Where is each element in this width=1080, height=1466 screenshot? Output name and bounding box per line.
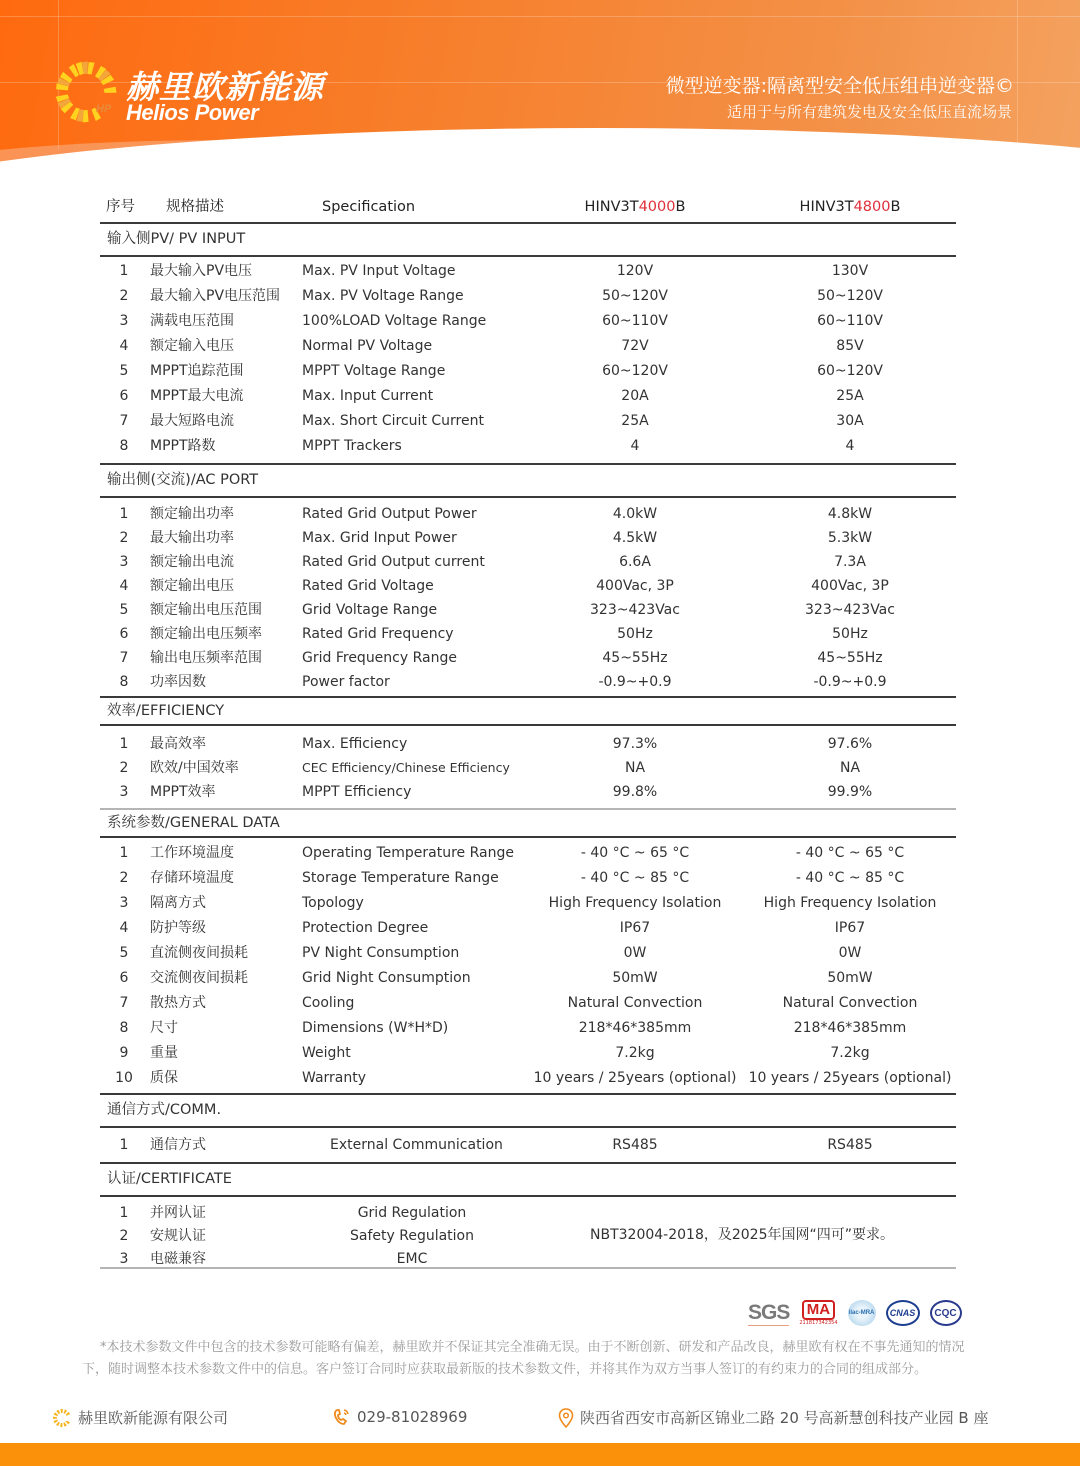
footer-address: 陕西省西安市高新区锦业二路 20 号高新慧创科技产业园 B 座 — [558, 1407, 988, 1428]
row-value-model-1: 50Hz — [525, 622, 745, 646]
row-desc-cn: 欧效/中国效率 — [150, 756, 239, 780]
row-value-model-2: 60~120V — [740, 359, 960, 384]
row-spec-en: Weight — [302, 1041, 351, 1066]
table-row: 3MPPT效率MPPT Efficiency99.8%99.9% — [100, 780, 956, 804]
row-spec-en: Cooling — [302, 991, 354, 1016]
row-spec-en: Max. PV Voltage Range — [302, 284, 464, 309]
column-header-model-2: HINV3T4800B — [740, 193, 960, 222]
row-value-model-2: 25A — [740, 384, 960, 409]
row-value-model-1: 60~120V — [525, 359, 745, 384]
document-title: 微型逆变器:隔离型安全低压组串逆变器© — [666, 71, 1014, 98]
table-row: 2最大输出功率Max. Grid Input Power4.5kW5.3kW — [100, 526, 956, 550]
row-spec-en: MPPT Trackers — [302, 434, 402, 459]
row-value-model-1: 4.5kW — [525, 526, 745, 550]
row-value-model-1: 50~120V — [525, 284, 745, 309]
footer-bar — [0, 1443, 1080, 1466]
cma-logo-icon: MA 211817342354 — [799, 1300, 837, 1326]
row-desc-cn: 额定输出电流 — [150, 550, 234, 574]
row-spec-en: Grid Voltage Range — [302, 598, 437, 622]
column-header-spec-en: Specification — [322, 193, 415, 222]
company-name: 赫里欧新能源有限公司 — [78, 1407, 228, 1428]
table-row: 5直流侧夜间损耗PV Night Consumption0W0W — [100, 941, 956, 966]
row-value-model-2: 5.3kW — [740, 526, 960, 550]
section-body-pv-input: 1最大输入PV电压Max. PV Input Voltage120V130V 2… — [100, 257, 956, 463]
company-logo-icon — [52, 1408, 72, 1428]
row-no: 1 — [100, 259, 148, 284]
column-header-desc-cn: 规格描述 — [166, 193, 224, 222]
row-value-model-2: 4 — [740, 434, 960, 459]
table-row: 8尺寸Dimensions (W*H*D)218*46*385mm218*46*… — [100, 1016, 956, 1041]
table-row: 3额定输出电流Rated Grid Output current6.6A7.3A — [100, 550, 956, 574]
table-row: 1额定输出功率Rated Grid Output Power4.0kW4.8kW — [100, 502, 956, 526]
table-row: 3满载电压范围100%LOAD Voltage Range60~110V60~1… — [100, 309, 956, 334]
row-no: 5 — [100, 941, 148, 966]
row-desc-cn: 尺寸 — [150, 1016, 178, 1041]
row-spec-en: MPPT Efficiency — [302, 780, 411, 804]
table-header-row: 序号 规格描述 Specification HINV3T4000B HINV3T… — [100, 193, 956, 222]
table-row: 1通信方式External CommunicationRS485RS485 — [100, 1133, 956, 1158]
row-spec-en: Topology — [302, 891, 364, 916]
row-spec-en: Max. Efficiency — [302, 732, 407, 756]
table-row: 4额定输出电压Rated Grid Voltage400Vac, 3P400Va… — [100, 574, 956, 598]
row-no: 1 — [100, 1133, 148, 1158]
row-no: 8 — [100, 670, 148, 694]
table-row: 4防护等级Protection DegreeIP67IP67 — [100, 916, 956, 941]
row-no: 4 — [100, 334, 148, 359]
row-value-model-1: 4.0kW — [525, 502, 745, 526]
row-spec-en: Rated Grid Output Power — [302, 502, 477, 526]
banner-grid-line — [1017, 0, 1018, 150]
row-no: 8 — [100, 434, 148, 459]
row-no: 4 — [100, 916, 148, 941]
table-row: 4额定输入电压Normal PV Voltage72V85V — [100, 334, 956, 359]
row-no: 2 — [100, 284, 148, 309]
row-desc-cn: MPPT最大电流 — [150, 384, 244, 409]
row-desc-cn: 工作环境温度 — [150, 841, 234, 866]
row-value-model-1: - 40 °C ~ 65 °C — [525, 841, 745, 866]
table-row: 6交流侧夜间损耗Grid Night Consumption50mW50mW — [100, 966, 956, 991]
row-value-model-1: 400Vac, 3P — [525, 574, 745, 598]
cnas-logo-icon: CNAS — [886, 1300, 920, 1326]
row-desc-cn: 额定输出电压频率 — [150, 622, 262, 646]
row-value-model-2: 50mW — [740, 966, 960, 991]
section-body-ac-port: 1额定输出功率Rated Grid Output Power4.0kW4.8kW… — [100, 498, 956, 696]
footer: 赫里欧新能源有限公司 029-81028969 陕西省西安市高新区锦业二路 20… — [0, 1404, 1080, 1432]
table-row: 2最大输入PV电压范围Max. PV Voltage Range50~120V5… — [100, 284, 956, 309]
table-row: 8MPPT路数MPPT Trackers44 — [100, 434, 956, 459]
row-spec-en: Max. Input Current — [302, 384, 433, 409]
row-desc-cn: 电磁兼容 — [150, 1248, 206, 1271]
row-spec-en: Grid Night Consumption — [302, 966, 471, 991]
row-desc-cn: 防护等级 — [150, 916, 206, 941]
row-value-model-1: 20A — [525, 384, 745, 409]
row-value-model-1: Natural Convection — [525, 991, 745, 1016]
sgs-logo-icon: SGS — [748, 1301, 789, 1326]
row-spec-en: Rated Grid Voltage — [302, 574, 434, 598]
row-value-model-1: 4 — [525, 434, 745, 459]
row-desc-cn: 最大输入PV电压 — [150, 259, 252, 284]
row-value-model-2: Natural Convection — [740, 991, 960, 1016]
row-desc-cn: MPPT效率 — [150, 780, 216, 804]
row-desc-cn: 额定输出电压 — [150, 574, 234, 598]
row-value-model-2: - 40 °C ~ 65 °C — [740, 841, 960, 866]
row-spec-en: Max. Short Circuit Current — [302, 409, 484, 434]
table-row: 2存储环境温度Storage Temperature Range- 40 °C … — [100, 866, 956, 891]
row-value-model-2: 10 years / 25years (optional) — [740, 1066, 960, 1091]
row-value-model-2: -0.9~+0.9 — [740, 670, 960, 694]
row-spec-en: MPPT Voltage Range — [302, 359, 445, 384]
row-no: 8 — [100, 1016, 148, 1041]
row-value-model-1: 323~423Vac — [525, 598, 745, 622]
row-desc-cn: 并网认证 — [150, 1202, 206, 1225]
helios-sun-logo-icon: HP — [52, 58, 120, 126]
row-value-model-2: RS485 — [740, 1133, 960, 1158]
svg-text:HP: HP — [96, 103, 112, 115]
header-banner: HP 赫里欧新能源 Helios Power 微型逆变器:隔离型安全低压组串逆变… — [0, 0, 1080, 190]
row-value-model-1: NA — [525, 756, 745, 780]
row-no: 6 — [100, 384, 148, 409]
row-no: 1 — [100, 732, 148, 756]
row-no: 2 — [100, 866, 148, 891]
row-value-model-1: 7.2kg — [525, 1041, 745, 1066]
row-spec-en: Grid Regulation — [312, 1202, 512, 1225]
row-spec-en: Rated Grid Output current — [302, 550, 485, 574]
row-no: 3 — [100, 891, 148, 916]
row-value-model-1: 50mW — [525, 966, 745, 991]
address-text: 陕西省西安市高新区锦业二路 20 号高新慧创科技产业园 B 座 — [580, 1407, 988, 1428]
row-value-model-2: 7.3A — [740, 550, 960, 574]
banner-wave — [0, 128, 1080, 190]
cma-number: 211817342354 — [799, 1320, 837, 1326]
row-desc-cn: 额定输出电压范围 — [150, 598, 262, 622]
row-desc-cn: 功率因数 — [150, 670, 206, 694]
row-no: 6 — [100, 966, 148, 991]
row-value-model-2: 97.6% — [740, 732, 960, 756]
table-row: 6MPPT最大电流Max. Input Current20A25A — [100, 384, 956, 409]
table-row: 1最大输入PV电压Max. PV Input Voltage120V130V — [100, 259, 956, 284]
row-desc-cn: 质保 — [150, 1066, 178, 1091]
row-value-model-1: 120V — [525, 259, 745, 284]
column-header-model-1: HINV3T4000B — [525, 193, 745, 222]
row-value-model-2: IP67 — [740, 916, 960, 941]
row-no: 7 — [100, 991, 148, 1016]
row-no: 2 — [100, 526, 148, 550]
row-value-model-2: 218*46*385mm — [740, 1016, 960, 1041]
row-value-model-2: - 40 °C ~ 85 °C — [740, 866, 960, 891]
section-body-general-data: 1工作环境温度Operating Temperature Range- 40 °… — [100, 838, 956, 1093]
row-no: 6 — [100, 622, 148, 646]
row-value-model-2: 0W — [740, 941, 960, 966]
table-row: 3电磁兼容EMC — [100, 1248, 956, 1271]
row-no: 7 — [100, 409, 148, 434]
row-value-model-1: 10 years / 25years (optional) — [525, 1066, 745, 1091]
row-value-model-1: 6.6A — [525, 550, 745, 574]
row-desc-cn: 存储环境温度 — [150, 866, 234, 891]
row-value-model-1: 218*46*385mm — [525, 1016, 745, 1041]
column-header-no: 序号 — [106, 193, 135, 222]
row-spec-en: Storage Temperature Range — [302, 866, 499, 891]
row-spec-en: Max. PV Input Voltage — [302, 259, 456, 284]
row-no: 4 — [100, 574, 148, 598]
row-spec-en: Warranty — [302, 1066, 366, 1091]
spec-table: 序号 规格描述 Specification HINV3T4000B HINV3T… — [100, 193, 956, 1269]
row-no: 3 — [100, 309, 148, 334]
section-title-ac-port: 输出侧(交流)/AC PORT — [100, 465, 956, 496]
row-value-model-2: 4.8kW — [740, 502, 960, 526]
row-no: 10 — [100, 1066, 148, 1091]
row-desc-cn: 输出电压频率范围 — [150, 646, 262, 670]
row-value-model-1: 97.3% — [525, 732, 745, 756]
banner-grid-line — [0, 16, 1080, 17]
footer-phone[interactable]: 029-81028969 — [333, 1407, 467, 1427]
row-no: 3 — [100, 1248, 148, 1271]
row-no: 2 — [100, 756, 148, 780]
row-no: 1 — [100, 502, 148, 526]
table-row: 8功率因数Power factor-0.9~+0.9-0.9~+0.9 — [100, 670, 956, 694]
row-spec-en: EMC — [312, 1248, 512, 1271]
cma-mark: MA — [802, 1300, 835, 1320]
row-value-model-1: 25A — [525, 409, 745, 434]
row-desc-cn: 额定输出功率 — [150, 502, 234, 526]
row-desc-cn: 最大输入PV电压范围 — [150, 284, 280, 309]
cqc-logo-icon: CQC — [930, 1300, 962, 1326]
section-title-efficiency: 效率/EFFICIENCY — [100, 698, 956, 724]
row-spec-en: Protection Degree — [302, 916, 428, 941]
phone-number: 029-81028969 — [357, 1408, 467, 1426]
row-no: 7 — [100, 646, 148, 670]
row-spec-en: PV Night Consumption — [302, 941, 459, 966]
row-no: 1 — [100, 841, 148, 866]
row-value-model-2: 130V — [740, 259, 960, 284]
table-row: 2欧效/中国效率CEC Efficiency/Chinese Efficienc… — [100, 756, 956, 780]
row-desc-cn: 最大输出功率 — [150, 526, 234, 550]
section-title-general-data: 系统参数/GENERAL DATA — [100, 810, 956, 836]
row-value-model-1: IP67 — [525, 916, 745, 941]
section-body-certificate: 1并网认证Grid Regulation 2安规认证Safety Regulat… — [100, 1197, 956, 1267]
row-value-model-1: 45~55Hz — [525, 646, 745, 670]
row-value-model-2: 85V — [740, 334, 960, 359]
table-row: 7散热方式CoolingNatural ConvectionNatural Co… — [100, 991, 956, 1016]
row-spec-en: External Communication — [330, 1133, 503, 1158]
row-value-model-2: NA — [740, 756, 960, 780]
row-value-model-2: 50~120V — [740, 284, 960, 309]
row-desc-cn: 直流侧夜间损耗 — [150, 941, 248, 966]
section-title-pv-input: 输入侧PV/ PV INPUT — [100, 224, 956, 255]
document-subtitle: 适用于与所有建筑发电及安全低压直流场景 — [727, 101, 1012, 122]
row-value-model-2: 323~423Vac — [740, 598, 960, 622]
row-no: 9 — [100, 1041, 148, 1066]
table-row: 9重量Weight7.2kg7.2kg — [100, 1041, 956, 1066]
ilac-mra-logo-icon: ilac-MRA — [848, 1300, 876, 1326]
table-row: 5MPPT追踪范围MPPT Voltage Range60~120V60~120… — [100, 359, 956, 384]
table-row: 5额定输出电压范围Grid Voltage Range323~423Vac323… — [100, 598, 956, 622]
row-desc-cn: MPPT路数 — [150, 434, 216, 459]
section-body-comm: 1通信方式External CommunicationRS485RS485 — [100, 1128, 956, 1162]
row-no: 3 — [100, 550, 148, 574]
location-pin-icon — [558, 1408, 574, 1428]
section-title-comm: 通信方式/COMM. — [100, 1095, 956, 1126]
row-value-model-1: 99.8% — [525, 780, 745, 804]
disclaimer-text: *本技术参数文件中包含的技术参数可能略有偏差，赫里欧并不保证其完全准确无误。由于… — [82, 1337, 982, 1381]
row-spec-en: Operating Temperature Range — [302, 841, 514, 866]
row-value-model-1: -0.9~+0.9 — [525, 670, 745, 694]
row-desc-cn: 最大短路电流 — [150, 409, 234, 434]
row-value-model-2: High Frequency Isolation — [740, 891, 960, 916]
row-spec-en: Power factor — [302, 670, 390, 694]
certification-logos: SGS MA 211817342354 ilac-MRA CNAS CQC — [748, 1296, 962, 1330]
row-no: 5 — [100, 359, 148, 384]
row-value-model-1: - 40 °C ~ 85 °C — [525, 866, 745, 891]
row-desc-cn: 通信方式 — [150, 1133, 206, 1158]
table-row: 1最高效率Max. Efficiency97.3%97.6% — [100, 732, 956, 756]
row-value-model-2: 400Vac, 3P — [740, 574, 960, 598]
row-value-model-2: 99.9% — [740, 780, 960, 804]
row-value-model-2: 60~110V — [740, 309, 960, 334]
row-desc-cn: 隔离方式 — [150, 891, 206, 916]
row-spec-en: Grid Frequency Range — [302, 646, 457, 670]
row-desc-cn: 重量 — [150, 1041, 178, 1066]
row-desc-cn: 交流侧夜间损耗 — [150, 966, 248, 991]
row-desc-cn: 额定输入电压 — [150, 334, 234, 359]
table-row: 7输出电压频率范围Grid Frequency Range45~55Hz45~5… — [100, 646, 956, 670]
table-row: 6额定输出电压频率Rated Grid Frequency50Hz50Hz — [100, 622, 956, 646]
table-row: 1并网认证Grid Regulation — [100, 1202, 956, 1225]
row-desc-cn: 满载电压范围 — [150, 309, 234, 334]
row-value-model-1: RS485 — [525, 1133, 745, 1158]
row-spec-en: CEC Efficiency/Chinese Efficiency — [302, 756, 510, 780]
row-no: 1 — [100, 1202, 148, 1225]
row-desc-cn: 安规认证 — [150, 1225, 206, 1248]
row-value-model-1: 0W — [525, 941, 745, 966]
table-row: 3隔离方式TopologyHigh Frequency IsolationHig… — [100, 891, 956, 916]
brand-name-en: Helios Power — [126, 100, 258, 126]
row-value-model-1: 72V — [525, 334, 745, 359]
row-value-model-2: 30A — [740, 409, 960, 434]
table-row: 10质保Warranty10 years / 25years (optional… — [100, 1066, 956, 1091]
row-value-model-2: 45~55Hz — [740, 646, 960, 670]
row-spec-en: Dimensions (W*H*D) — [302, 1016, 448, 1041]
row-spec-en: Normal PV Voltage — [302, 334, 432, 359]
row-spec-en: Safety Regulation — [312, 1225, 512, 1248]
row-no: 5 — [100, 598, 148, 622]
row-desc-cn: 散热方式 — [150, 991, 206, 1016]
phone-icon — [333, 1407, 351, 1427]
footer-company: 赫里欧新能源有限公司 — [52, 1407, 228, 1428]
row-no: 2 — [100, 1225, 148, 1248]
row-spec-en: 100%LOAD Voltage Range — [302, 309, 486, 334]
row-desc-cn: 最高效率 — [150, 732, 206, 756]
row-value-model-2: 7.2kg — [740, 1041, 960, 1066]
row-desc-cn: MPPT追踪范围 — [150, 359, 244, 384]
section-body-efficiency: 1最高效率Max. Efficiency97.3%97.6% 2欧效/中国效率C… — [100, 726, 956, 808]
table-row: 1工作环境温度Operating Temperature Range- 40 °… — [100, 841, 956, 866]
row-spec-en: Rated Grid Frequency — [302, 622, 454, 646]
row-value-model-2: 50Hz — [740, 622, 960, 646]
section-title-certificate: 认证/CERTIFICATE — [100, 1164, 956, 1195]
row-value-model-1: 60~110V — [525, 309, 745, 334]
row-no: 3 — [100, 780, 148, 804]
table-row: 7最大短路电流Max. Short Circuit Current25A30A — [100, 409, 956, 434]
certificate-note: NBT32004-2018，及2025年国网“四可”要求。 — [590, 1224, 894, 1244]
row-spec-en: Max. Grid Input Power — [302, 526, 457, 550]
row-value-model-1: High Frequency Isolation — [525, 891, 745, 916]
